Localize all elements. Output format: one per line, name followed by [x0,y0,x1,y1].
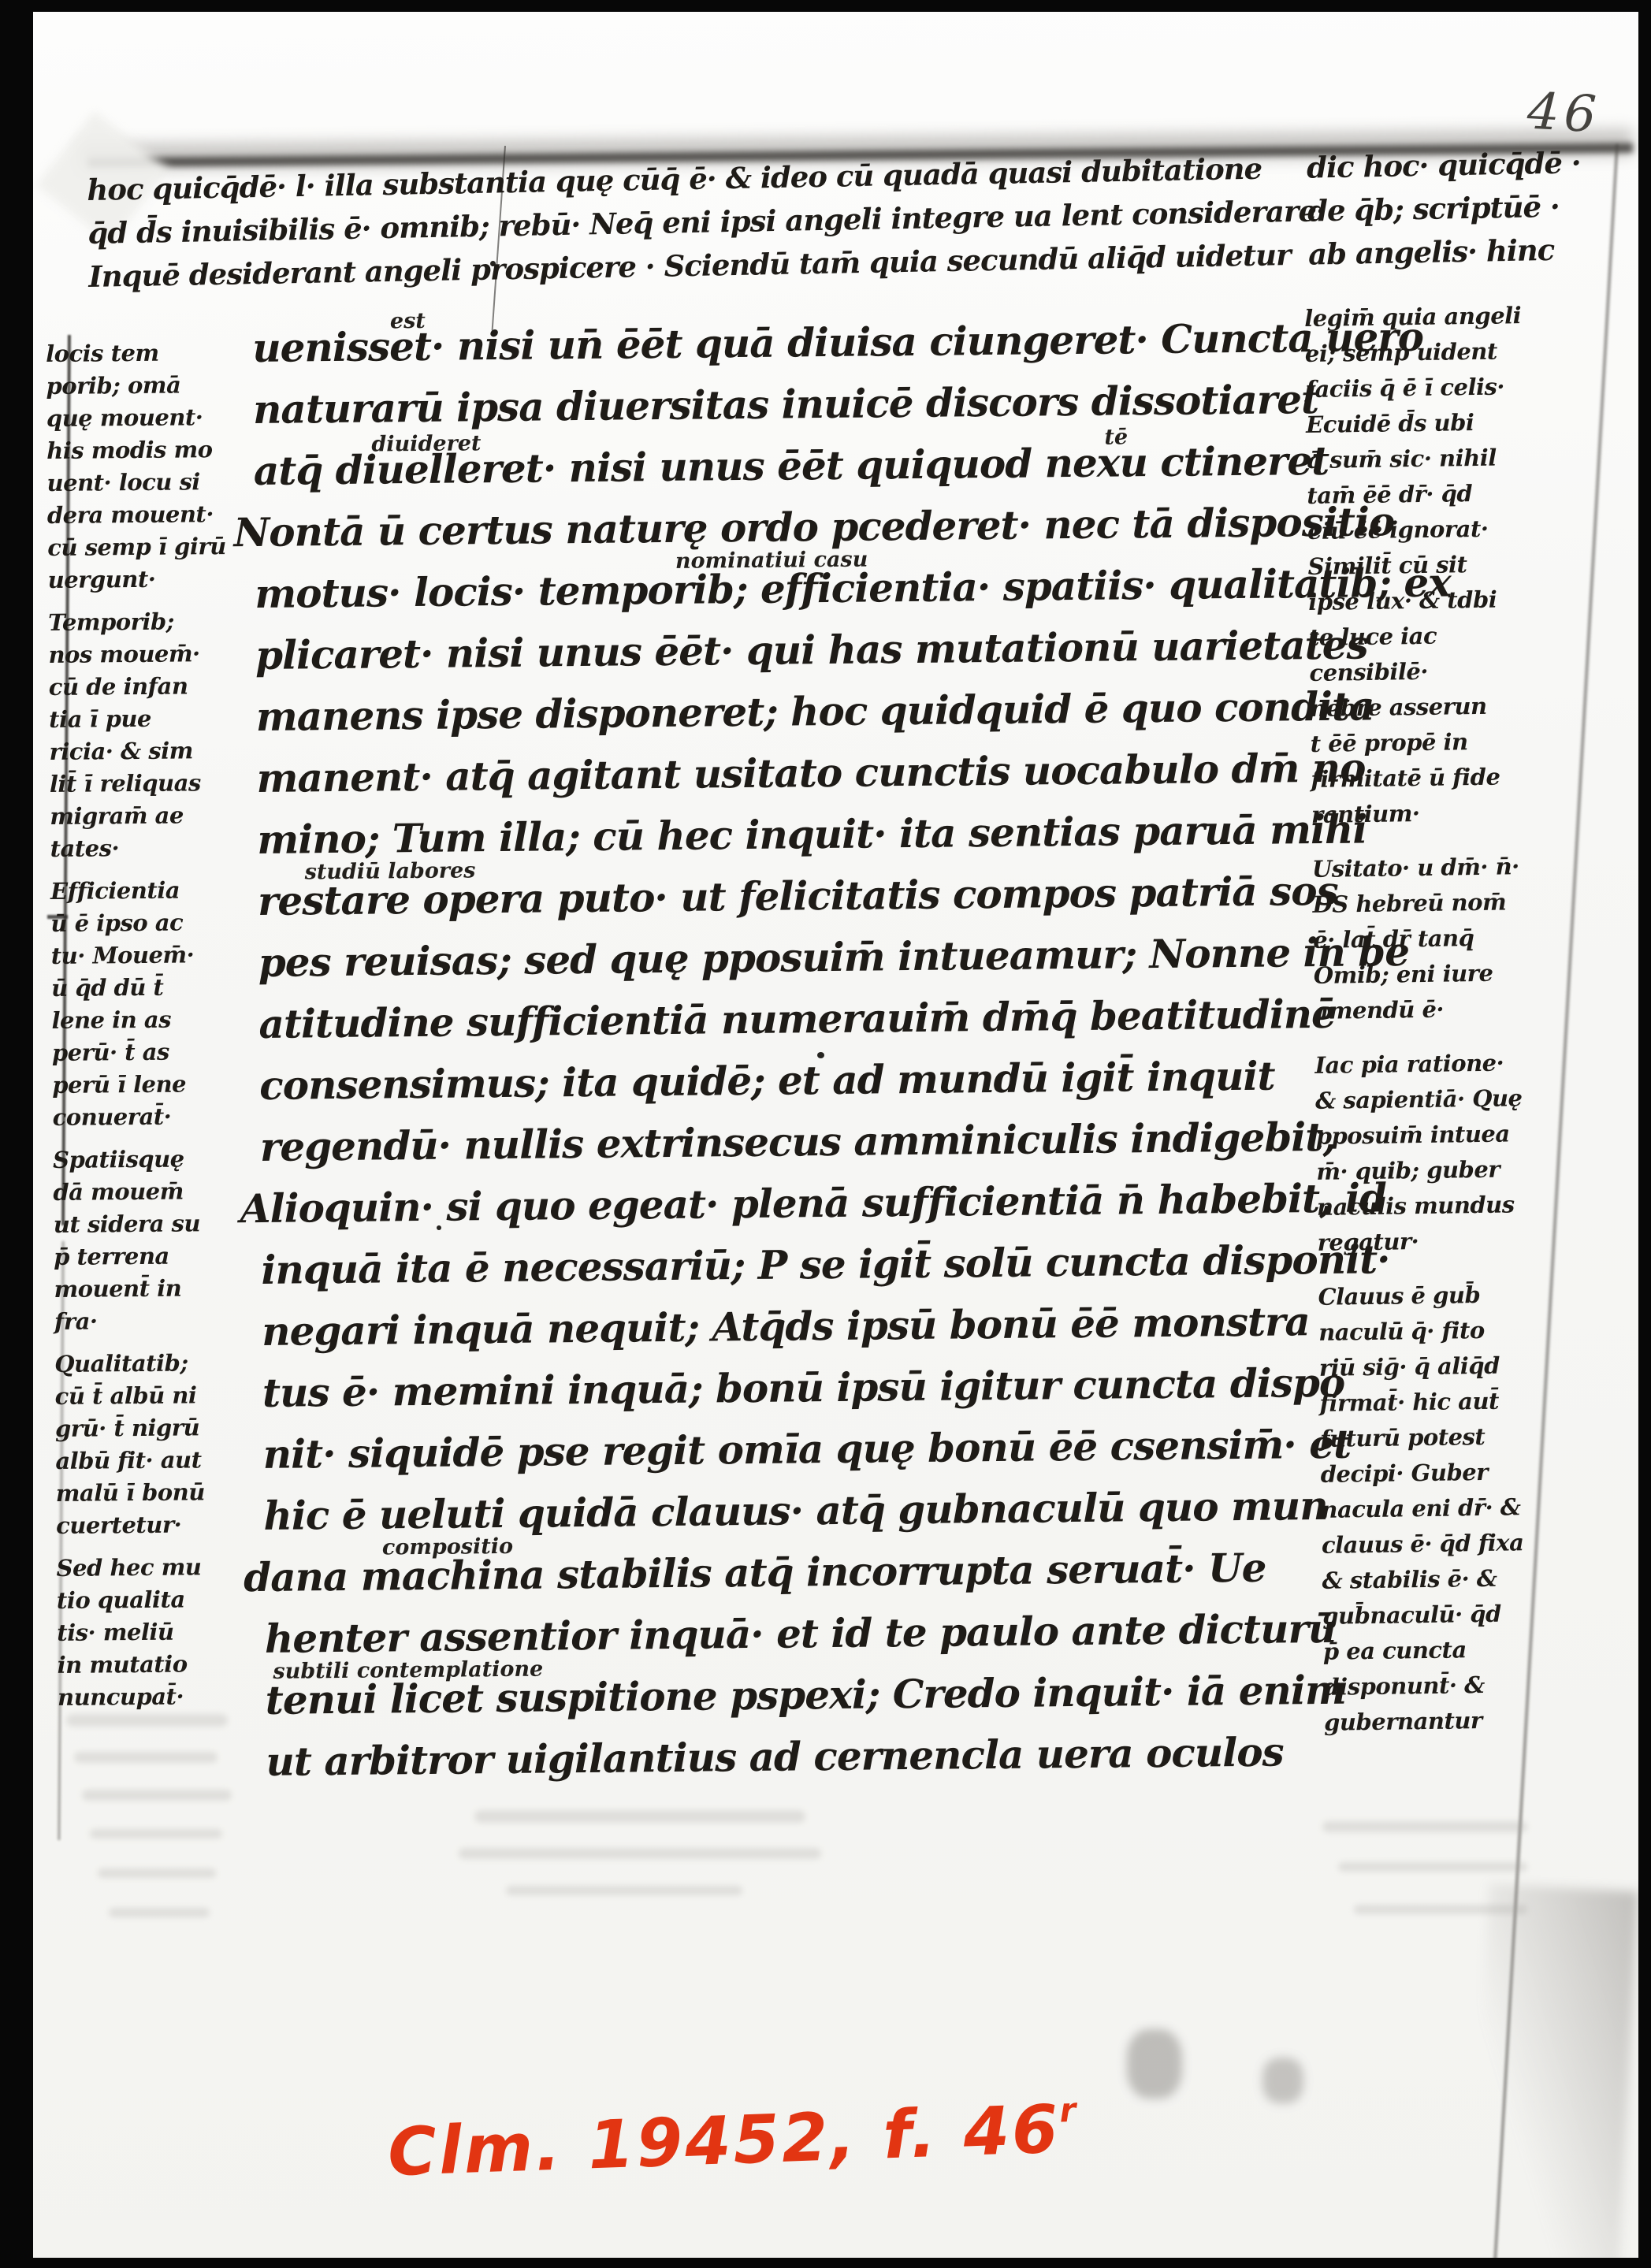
right-margin-gloss-line: gubernantur [1324,1705,1638,1745]
main-text: henter assentior inquā· et id te paulo a… [265,1605,1337,1662]
show-through [1338,1862,1527,1872]
left-margin-gloss-line: conuerat̄· [52,1102,255,1136]
ink-smudge [1262,2058,1303,2103]
right-margin-gloss-line: regatur· [1317,1225,1638,1265]
left-margin-gloss-line: quę mouent· [46,403,250,437]
right-margin-gloss-line: nacula eni dr̄· & [1321,1492,1638,1532]
main-text: pes reuisas; sed quę pposuim̄ intueamur;… [258,928,1409,986]
show-through [90,1829,222,1839]
left-margin-gloss-line: perū· t̄ as [52,1038,255,1072]
left-margin-gloss-line: uent· locu si [46,468,250,502]
right-margin-gloss-line: tam̄ ēē dr̄· q̄d [1307,478,1638,518]
show-through [474,1810,805,1823]
main-text-line: consensimus; ita quidē; et ad mundū igit… [259,1052,1332,1124]
main-text: naturarū ipsa diuersitas inuicē discors … [253,376,1319,433]
main-text-line: subtili contemplationehenter assentior i… [265,1605,1337,1677]
right-margin-gloss-line: disponunt̄· & [1323,1669,1638,1709]
right-margin-gloss-line: naculis mundus [1317,1189,1638,1229]
right-margin-gloss-line: p̄ ea cuncta [1323,1634,1638,1674]
right-margin-gloss-line: nebre asserun [1310,690,1638,731]
left-margin-gloss-line: Efficientia [50,876,254,910]
left-margin-gloss-line: Sed hec mu [56,1553,259,1587]
right-margin-gloss-line: q̄ sum̄ sic· nihil [1307,442,1638,482]
left-margin-gloss-line: in mutatio [58,1650,261,1684]
right-margin-gloss-line: Omib; eni iure [1314,957,1638,998]
left-margin-gloss-line: nos mouem̄· [48,640,251,674]
top-gloss-right-text: ab angelis· hinc [1308,232,1555,272]
right-margin-gloss-line: Clauus ē gub̄ [1318,1279,1638,1319]
right-margin-gloss-line: Usitato· u dm̄· n̄· [1312,851,1638,891]
main-text: inquā ita ē necessariū; P se igit̄ solū … [261,1236,1390,1293]
interlinear-gloss: tē [1104,425,1128,449]
interlinear-gloss: diuideret [371,431,481,456]
main-text-line: tenui licet suspitione pspexi; Credo inq… [265,1667,1337,1738]
right-margin-gloss-line: firmat̄· hic aut̄ [1319,1385,1638,1426]
main-text: tenui licet suspitione pspexi; Credo inq… [265,1667,1346,1723]
main-text-line: nominatiui casuNontā ū certus naturę ord… [233,499,1326,571]
show-through [506,1886,742,1895]
main-text-line: studiū laboresmino; Tum illa; cū hec inq… [257,806,1329,878]
right-margin-gloss-line: amendū ē· [1314,993,1638,1033]
shelfmark-superscript: r [1059,2091,1079,2130]
left-margin-gloss-line: nuncupat̄· [58,1682,261,1716]
left-margin-gloss-line: migram̄ ae [50,801,253,835]
right-margin-gloss-line: gub̄naculū· q̄d [1322,1598,1638,1638]
main-text: tus ē· memini inquā; bonū ipsū igitur cu… [262,1359,1345,1416]
main-text-line: manens ipse disponeret; hoc quidquid ē q… [255,683,1328,755]
interlinear-gloss: est [390,309,426,333]
left-margin-gloss-line: ū ē ipso ac [50,909,254,943]
right-margin-gloss-line: legim̄ quia angeli [1304,300,1636,340]
right-margin-gloss-line: faciis q̄ ē ī celis· [1305,371,1637,411]
right-margin-gloss-line: ē· lat̄ dr̄ tanq̄ [1313,922,1638,962]
left-margin-gloss-line: perū ī lene [52,1070,255,1104]
left-margin-gloss-line: grū· t̄ nigrū [55,1414,258,1448]
right-margin-gloss-line: firmitatē ū fide [1311,761,1638,801]
main-text-line: regendū· nullis extrinsecus amminiculis … [260,1114,1333,1185]
main-text-line: plicaret· nisi unus ēēt· qui has mutatio… [255,622,1328,693]
main-text-line: inquā ita ē necessariū; P se igit̄ solū … [261,1236,1333,1308]
main-text-line: restare opera puto· ut felicitatis compo… [258,868,1330,939]
left-margin-gloss-line: tis· meliū [57,1618,260,1652]
main-text: atitudine sufficientiā numerauim̄ dm̄q̄ … [258,991,1336,1047]
left-margin-gloss-line: uergunt· [48,565,251,599]
left-margin-gloss-line: malū ī bonū [56,1478,259,1512]
left-margin-gloss-line: cū semp ī girū [47,533,251,567]
left-margin-gloss-line: locis tem [46,339,249,373]
main-text-line: compositiohic ē ueluti quidā clauus· atq… [263,1482,1336,1554]
show-through [1322,1821,1527,1832]
left-margin-gloss-line: lene in as [51,1006,255,1039]
shelfmark-annotation: Clm. 19452, f. 46r [387,2090,1080,2192]
right-margin-gloss-line: rantium· [1311,797,1638,837]
left-margin-glosses: locis temporib; omāquę mouent·his modis … [46,339,261,1716]
main-text: manens ipse disponeret; hoc quidquid ē q… [255,682,1374,740]
main-text: manent· atq̄ agitant usitato cunctis uoc… [256,744,1365,801]
main-text-block: estuenisset· nisi un̄ ēēt quā diuisa ciu… [252,314,1338,1800]
top-gloss-right-text: dic hoc· quicq̄dē · [1307,145,1581,184]
main-text-line: pes reuisas; sed quę pposuim̄ intueamur;… [258,929,1330,1001]
left-margin-gloss-line: ut sidera su [54,1210,257,1244]
right-margin-gloss-line: Ecuidē d̄s ubi [1306,407,1638,447]
main-text: regendū· nullis extrinsecus amminiculis … [260,1114,1336,1170]
main-text-line: diuiderettēatq̄ diuelleret· nisi unus ēē… [253,437,1326,509]
left-margin-gloss-line: ū q̄d dū t̄ [51,973,255,1007]
left-margin-gloss-line: porib; omā [46,371,249,405]
main-text-line: motus· locis· temporib; efficientia· spa… [255,560,1327,632]
left-margin-gloss-line: cū de infan [49,672,252,706]
left-margin-gloss-line: Spatiisquę [53,1145,256,1179]
right-margin-gloss-line: ei; semp uident [1305,336,1637,376]
main-text-line: tus ē· memini inquā; bonū ipsū igitur cu… [262,1359,1335,1431]
main-text: mino; Tum illa; cū hec inquit· ita senti… [257,805,1367,863]
right-margin-gloss-line: Iac pia ratione· [1314,1047,1638,1088]
right-margin-gloss-line: ipse lux· & tdbi [1308,584,1638,624]
main-text-line: nit· siquidē pse regit omīa quę bonū ēē … [262,1421,1335,1493]
show-through [82,1790,232,1801]
right-margin-gloss-line: futurū potest [1320,1421,1638,1461]
right-margin-gloss-line: naculū q̄· fito [1318,1314,1638,1355]
manuscript-page: 46 hoc quicq̄dē· l· illa substantia quę … [33,12,1638,2258]
main-text: nit· siquidē pse regit omīa quę bonū ēē … [262,1421,1351,1478]
right-margin-gloss-line: t ēē propē in [1311,726,1638,766]
show-through [74,1752,218,1763]
left-margin-gloss-line: cuertetur· [56,1511,259,1545]
show-through [1354,1905,1527,1914]
main-text-line: Alioquin· si quo egeat· plenā sufficient… [240,1175,1333,1247]
right-margin-glosses: legim̄ quia angeliei; semp uidentfaciis … [1304,300,1638,1745]
right-margin-gloss-line: & sapientiā· Quę [1315,1083,1638,1123]
show-through [109,1908,210,1917]
left-margin-gloss-line: mouent̄ in [54,1274,257,1308]
left-margin-gloss-line: dā mouem̄ [53,1177,256,1211]
main-text-line: estuenisset· nisi un̄ ēēt quā diuisa ciu… [252,314,1325,386]
left-margin-gloss-line: Temporib; [48,608,251,641]
left-margin-gloss-line: fra· [54,1307,258,1340]
right-margin-gloss-line: decipi· Guber [1320,1456,1638,1497]
top-gloss-right-text: de q̄b; scriptūē · [1307,189,1560,229]
main-text: negari inquā nequit; Atq̄ds ipsū bonū ēē… [262,1298,1310,1355]
page-right-edge-smudge [1470,1883,1638,2258]
left-margin-gloss-line: tia ī pue [49,705,252,738]
left-margin-gloss-line: lit̄ ī reliquas [50,769,253,803]
main-text: ut arbitror uigilantius ad cernencla uer… [266,1729,1284,1785]
right-margin-gloss-line: te luce iac [1309,619,1638,660]
main-text: dana machina stabilis atq̄ incorrupta se… [244,1545,1266,1601]
main-text-line: negari inquā nequit; Atq̄ds ipsū bonū ēē… [262,1298,1334,1370]
left-margin-gloss-line: tio qualita [57,1586,260,1619]
left-margin-gloss-line: cū t̄ albū ni [55,1381,258,1415]
top-gloss-block: hoc quicq̄dē· l· illa substantia quę cūq… [87,144,1638,303]
right-margin-gloss-line: eiū ēē ignorat· [1307,513,1638,553]
left-margin-gloss-line: Qualitatib; [54,1349,258,1383]
main-text-line: ut arbitror uigilantius ad cernencla uer… [266,1728,1338,1800]
main-text: uenisset· nisi un̄ ēēt quā diuisa ciunge… [252,314,1423,371]
right-margin-gloss-line: & stabilis ē· & [1322,1563,1638,1603]
main-text-line: dana machina stabilis atq̄ incorrupta se… [244,1544,1337,1615]
left-margin-gloss-line: tu· Mouem̄· [51,941,255,975]
main-text-line: manent· atq̄ agitant usitato cunctis uoc… [256,745,1329,816]
show-through [459,1848,821,1859]
right-margin-gloss-line: DS hebreū nom̄ [1312,887,1638,927]
main-text: plicaret· nisi unus ēēt· qui has mutatio… [255,621,1368,679]
ink-smudge [1127,2029,1182,2099]
right-margin-gloss-line: censibilē· [1309,655,1638,695]
right-margin-gloss-line: m̄· quib; guber [1316,1154,1638,1194]
left-margin-gloss-line: dera mouent· [47,500,251,534]
right-margin-gloss-line: pposuim̄ intuea [1315,1118,1638,1158]
right-margin-gloss-line: clauus ē· q̄d fixa [1322,1527,1638,1567]
main-text-line: atitudine sufficientiā numerauim̄ dm̄q̄ … [258,991,1331,1062]
main-text: consensimus; ita quidē; et ad mundū igit… [259,1053,1275,1109]
left-margin-gloss-line: albū fit· aut [55,1446,258,1480]
show-through [66,1714,228,1727]
left-margin-gloss-line: p̄ terrena [54,1242,257,1276]
right-margin-gloss-line: Similit̄ cū sit [1307,548,1638,589]
folio-number: 46 [1526,83,1602,145]
left-margin-gloss-line: his modis mo [46,436,250,470]
main-text: hic ē ueluti quidā clauus· atq̄ gubnacul… [263,1482,1328,1539]
main-text: Alioquin· si quo egeat· plenā sufficient… [240,1174,1386,1232]
left-margin-gloss-line: ricia· & sim [49,737,252,771]
shelfmark-text: Clm. 19452, f. 46 [387,2091,1062,2192]
right-margin-gloss-line: riū siḡ· q̄ aliq̄d [1319,1350,1638,1390]
left-margin-gloss-line: tates· [50,834,253,868]
main-text: restare opera puto· ut felicitatis compo… [258,868,1338,924]
show-through [98,1868,216,1878]
